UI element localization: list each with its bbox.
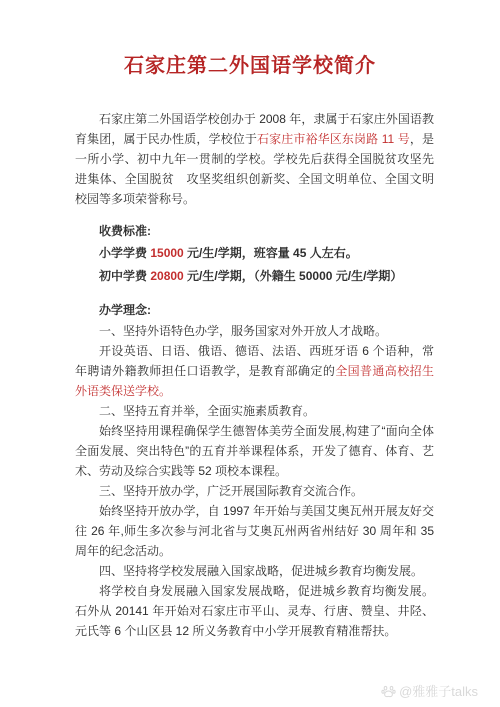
primary-school-fee-line: 小学学费 15000 元/生/学期，班容量 45 人左右。	[75, 242, 434, 265]
middle-fee-detail: 元/生/学期，（外籍生 50000 元/生/学期）	[184, 269, 403, 283]
primary-fee-label: 小学学费	[99, 246, 150, 260]
watermark: @雅雅子talks	[381, 684, 478, 699]
philosophy-heading: 办学理念:	[75, 300, 434, 321]
fees-heading: 收费标准:	[75, 221, 434, 242]
middle-school-fee-line: 初中学费 20800 元/生/学期，（外籍生 50000 元/生/学期）	[75, 265, 434, 288]
philosophy-item-2: 二、坚持五育并举，全面实施素质教育。	[75, 401, 434, 421]
philosophy-item-1-detail: 开设英语、日语、俄语、德语、法语、西班牙语 6 个语种，常年聘请外籍教师担任口语…	[75, 341, 434, 401]
philosophy-item-4-detail: 将学校自身发展融入国家发展战略，促进城乡教育均衡发展。石外从 20141 年开始…	[75, 581, 434, 641]
school-address-highlight: 石家庄市裕华区东岗路 11 号	[257, 132, 410, 146]
paw-icon	[381, 684, 396, 699]
primary-fee-amount: 15000	[150, 246, 183, 260]
page-title: 石家庄第二外国语学校简介	[0, 52, 500, 80]
philosophy-item-3-detail: 始终坚持开放办学，自 1997 年开始与美国艾奥瓦州开展友好交往 26 年,师生…	[75, 501, 434, 561]
document-body: 石家庄第二外国语学校创办于 2008 年，隶属于石家庄外国语教育集团，属于民办性…	[0, 109, 500, 641]
philosophy-item-3: 三、坚持开放办学，广泛开展国际教育交流合作。	[75, 481, 434, 501]
intro-paragraph: 石家庄第二外国语学校创办于 2008 年，隶属于石家庄外国语教育集团，属于民办性…	[75, 109, 434, 209]
philosophy-item-4: 四、坚持将学校发展融入国家战略，促进城乡教育均衡发展。	[75, 561, 434, 581]
document-page: 石家庄第二外国语学校简介 石家庄第二外国语学校创办于 2008 年，隶属于石家庄…	[0, 0, 500, 707]
middle-fee-label: 初中学费	[99, 269, 150, 283]
primary-fee-detail: 元/生/学期，班容量 45 人左右。	[184, 246, 358, 260]
philosophy-item-1: 一、坚持外语特色办学，服务国家对外开放人才战略。	[75, 321, 434, 341]
philosophy-item-2-detail: 始终坚持用课程确保学生德智体美劳全面发展,构建了“面向全体全面发展、突出特色”的…	[75, 421, 434, 481]
watermark-text: @雅雅子talks	[399, 684, 478, 699]
middle-fee-amount: 20800	[150, 269, 183, 283]
